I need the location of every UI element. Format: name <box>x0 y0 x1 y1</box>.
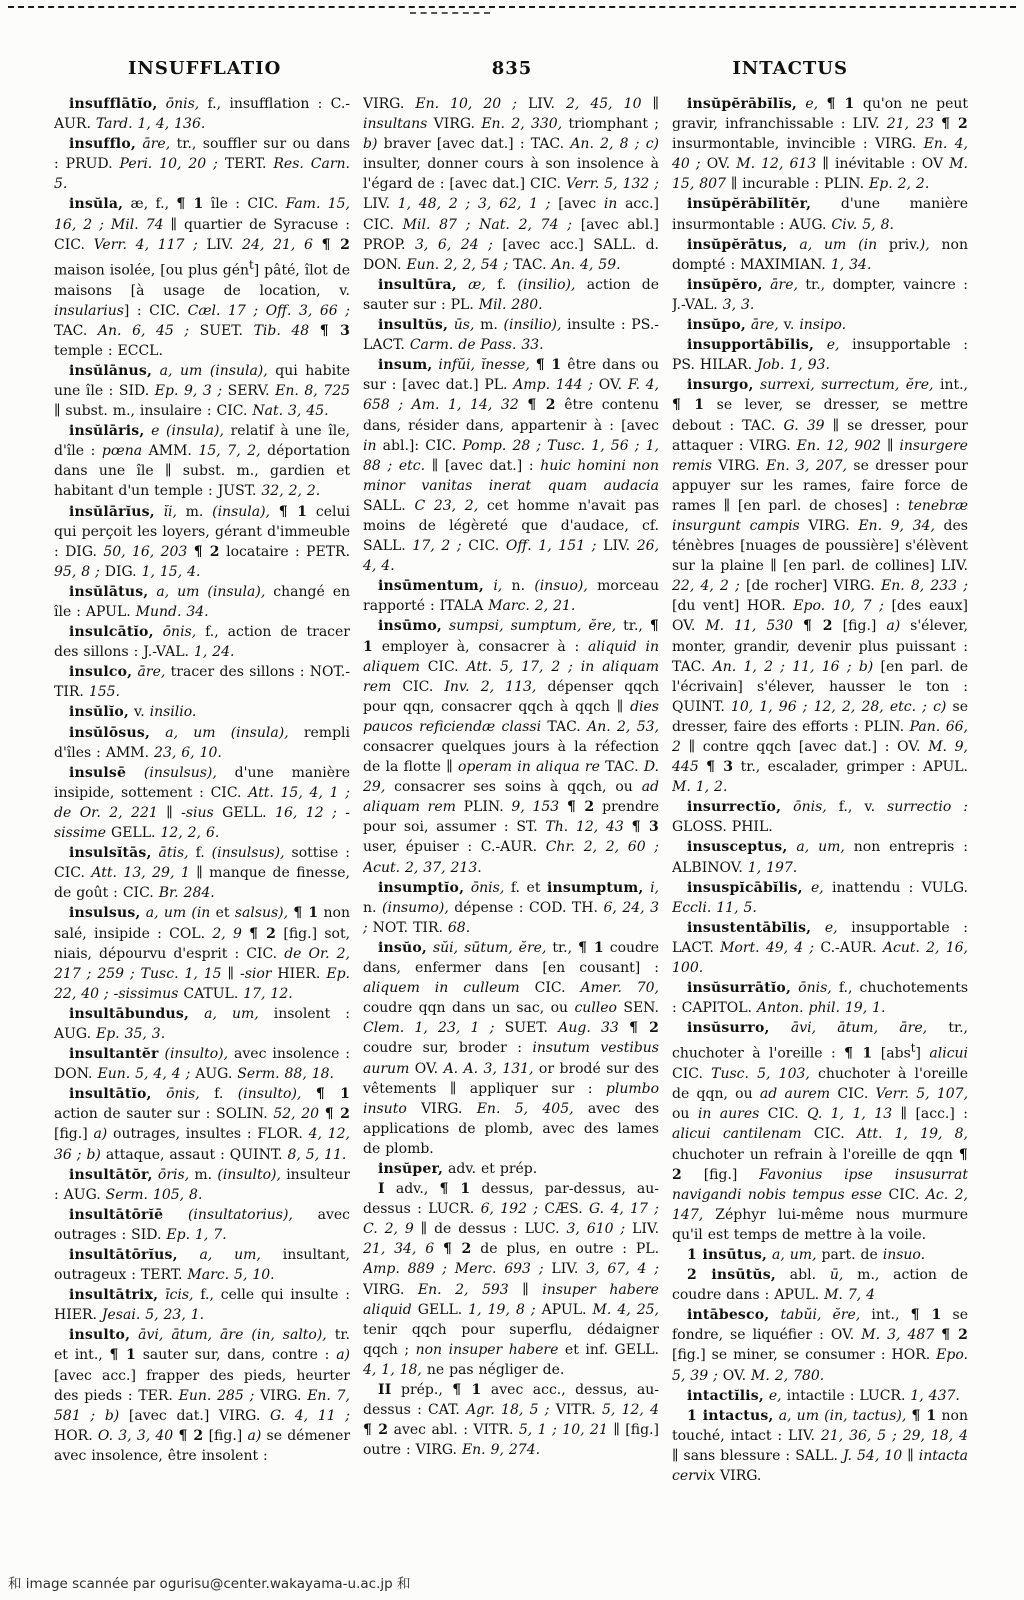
dictionary-entry: insulco, āre, tracer des sillons : NOT.-… <box>54 662 350 702</box>
dictionary-entry: insŭo, sŭi, sūtum, ĕre, tr., ¶ 1 coudre … <box>363 938 659 1159</box>
dictionary-entry: insŭper, adv. et prép. <box>363 1159 659 1179</box>
column-1: insufflātĭo, ōnis, f., insufflation : C.… <box>54 94 350 1548</box>
dictionary-entry: insultātĭo, ōnis, f. (insulto), ¶ 1 acti… <box>54 1084 350 1164</box>
dictionary-entry: insultŭs, ūs, m. (insilio), insulte : PS… <box>363 315 659 355</box>
page-number: 835 <box>0 58 1024 79</box>
column-3: insŭpĕrābĭlĭs, e, ¶ 1 qu'on ne peut grav… <box>672 94 968 1548</box>
dictionary-entry: insŭpĕrābĭlĭtĕr, d'une manière insurmont… <box>672 194 968 234</box>
torn-edge-line <box>8 6 1016 8</box>
dictionary-entry: insufflo, āre, tr., souffler sur ou dans… <box>54 134 350 194</box>
dictionary-entry: insūmo, sumpsi, sumptum, ĕre, tr., ¶ 1 e… <box>363 616 659 877</box>
dictionary-entry: insultantĕr (insulto), avec insolence : … <box>54 1044 350 1084</box>
torn-edge-line-fragment <box>410 12 490 14</box>
dictionary-entry: II prép., ¶ 1 avec acc., dessus, au-dess… <box>363 1380 659 1460</box>
dictionary-entry: insum, infŭi, ĭnesse, ¶ 1 être dans ou s… <box>363 355 659 576</box>
dictionary-entry: insŭlōsus, a, um (insula), rempli d'îles… <box>54 723 350 763</box>
dictionary-entry: insultātōrĭus, a, um, insultant, outrage… <box>54 1245 350 1285</box>
dictionary-entry: insultābundus, a, um, insolent : AUG. Ep… <box>54 1004 350 1044</box>
dictionary-entry: insultātrix, īcis, f., celle qui insulte… <box>54 1285 350 1325</box>
scan-attribution: 和 image scannée par ogurisu@center.wakay… <box>8 1572 411 1592</box>
dictionary-entry: insultātōrĭē (insultatorius), avec outra… <box>54 1205 350 1245</box>
dictionary-entry: 2 insūtŭs, abl. ū, m., action de coudre … <box>672 1265 968 1305</box>
dictionary-entry: insŭsurro, āvi, ātum, āre, tr., chuchote… <box>672 1018 968 1245</box>
dictionary-entry: insumptĭo, ōnis, f. et insumptum, i, n. … <box>363 878 659 938</box>
dictionary-entry: insŭpĕro, āre, tr., dompter, vaincre : J… <box>672 275 968 315</box>
dictionary-entry: insŭpĕrātus, a, um (in priv.), non dompt… <box>672 235 968 275</box>
dictionary-entry: insuspĭcābĭlis, e, inattendu : VULG. Ecc… <box>672 878 968 918</box>
dictionary-entry: insultātŏr, ōris, m. (insulto), insulteu… <box>54 1165 350 1205</box>
dictionary-entry: insulsĭtās, ātis, f. (insulsus), sottise… <box>54 843 350 903</box>
dictionary-entry: insufflātĭo, ōnis, f., insufflation : C.… <box>54 94 350 134</box>
scanned-dictionary-page: INSUFFLATIO 835 INTACTUS insufflātĭo, ōn… <box>0 0 1024 1600</box>
dictionary-entry: insŭlĭo, v. insilio. <box>54 702 350 722</box>
dictionary-entry: insurrectĭo, ōnis, f., v. surrectio : GL… <box>672 797 968 837</box>
dictionary-entry: insŭlānus, a, um (insula), qui habite un… <box>54 361 350 421</box>
dictionary-entry: I adv., ¶ 1 dessus, par-dessus, au-dessu… <box>363 1179 659 1380</box>
running-head: INSUFFLATIO 835 INTACTUS <box>0 58 1024 84</box>
dictionary-entry: insŭlārĭus, ĭi, m. (insula), ¶ 1 celui q… <box>54 502 350 582</box>
dictionary-entry: insupportābĭlis, e, insupportable : PS. … <box>672 335 968 375</box>
dictionary-entry: insŭpo, āre, v. insipo. <box>672 315 968 335</box>
dictionary-entry: 1 intactus, a, um (in, tactus), ¶ 1 non … <box>672 1406 968 1486</box>
dictionary-entry: 1 insūtus, a, um, part. de insuo. <box>672 1245 968 1265</box>
dictionary-entry: insŭpĕrābĭlĭs, e, ¶ 1 qu'on ne peut grav… <box>672 94 968 194</box>
text-columns: insufflātĭo, ōnis, f., insufflation : C.… <box>54 94 968 1548</box>
dictionary-entry: insulcātĭo, ōnis, f., action de tracer d… <box>54 622 350 662</box>
column-2: VIRG. En. 10, 20 ; LIV. 2, 45, 10 ∥ insu… <box>363 94 659 1548</box>
dictionary-entry: insusceptus, a, um, non entrepris : ALBI… <box>672 837 968 877</box>
dictionary-entry: insŭla, æ, f., ¶ 1 île : CIC. Fam. 15, 1… <box>54 194 350 360</box>
dictionary-entry: insūmentum, i, n. (insuo), morceau rappo… <box>363 576 659 616</box>
dictionary-entry: insulsus, a, um (in et salsus), ¶ 1 non … <box>54 903 350 1003</box>
dictionary-entry: insurgo, surrexi, surrectum, ĕre, int., … <box>672 375 968 797</box>
dictionary-entry: intābesco, tabŭi, ĕre, int., ¶ 1 se fond… <box>672 1305 968 1385</box>
dictionary-entry: insulto, āvi, ātum, āre (in, salto), tr.… <box>54 1325 350 1466</box>
dictionary-entry: insŭsurrātĭo, ōnis, f., chuchotements : … <box>672 978 968 1018</box>
dictionary-entry: insŭlāris, e (insula), relatif à une île… <box>54 421 350 501</box>
running-head-right-keyword: INTACTUS <box>732 58 848 79</box>
dictionary-entry: insŭlātus, a, um (insula), changé en île… <box>54 582 350 622</box>
dictionary-entry: intactĭlis, e, intactile : LUCR. 1, 437. <box>672 1386 968 1406</box>
dictionary-entry: insustentābĭlis, e, insupportable : LACT… <box>672 918 968 978</box>
dictionary-entry: VIRG. En. 10, 20 ; LIV. 2, 45, 10 ∥ insu… <box>363 94 659 275</box>
dictionary-entry: insulsē (insulsus), d'une manière insipi… <box>54 763 350 843</box>
dictionary-entry: insultūra, æ, f. (insilio), action de sa… <box>363 275 659 315</box>
